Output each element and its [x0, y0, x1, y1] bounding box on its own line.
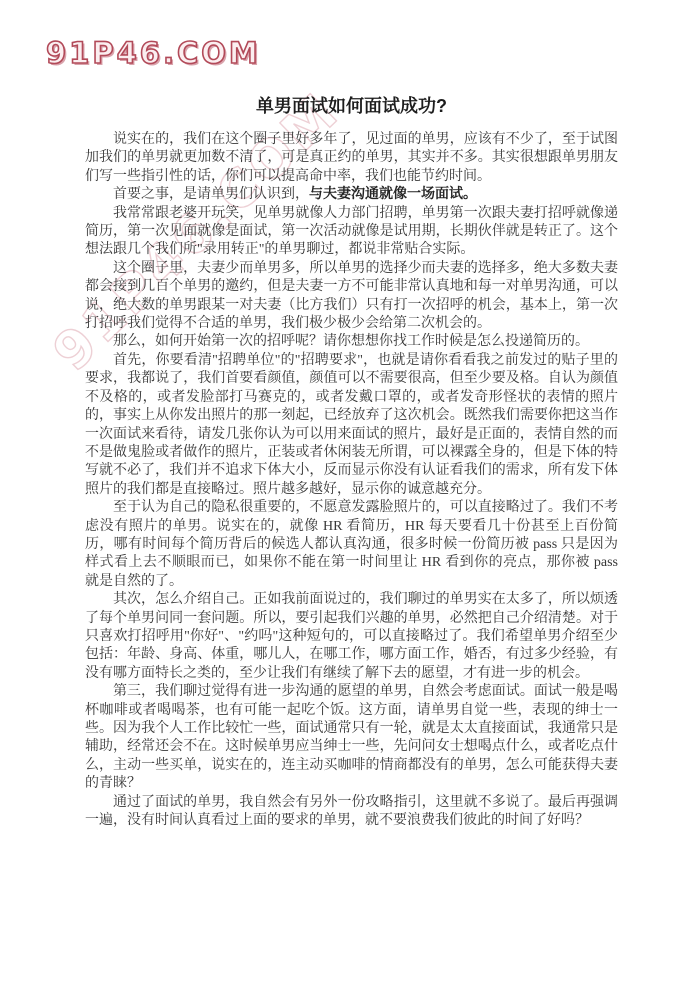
document-page: 91P46.COM 91P46.COM 单男面试如何面试成功? 说实在的，我们在…	[0, 0, 700, 991]
article-paragraph: 说实在的，我们在这个圈子里好多年了，见过面的单男，应该有不少了，至于试图加我们的…	[85, 131, 618, 186]
article: 单男面试如何面试成功? 说实在的，我们在这个圈子里好多年了，见过面的单男，应该有…	[85, 92, 618, 830]
paragraph-text: 首要之事，是请单男们认识到，	[113, 187, 309, 202]
paragraph-text: 这个圈子里，夫妻少而单男多，所以单男的选择少而夫妻的选择多，绝大多数夫妻都会接到…	[85, 261, 618, 331]
article-paragraph: 这个圈子里，夫妻少而单男多，所以单男的选择少而夫妻的选择多，绝大多数夫妻都会接到…	[85, 260, 618, 334]
paragraph-text: 那么，如何开始第一次的招呼呢？请你想想你找工作时候是怎么投递简历的。	[113, 334, 589, 349]
article-paragraph: 首先，你要看清"招聘单位"的"招聘要求"，也就是请你看看我之前发过的贴子里的要求…	[85, 352, 618, 499]
paragraph-text: 说实在的，我们在这个圈子里好多年了，见过面的单男，应该有不少了，至于试图加我们的…	[85, 132, 618, 184]
paragraph-text: 我常常跟老婆开玩笑，见单男就像人力部门招聘，单男第一次跟夫妻打招呼就像递简历，第…	[85, 206, 618, 258]
paragraph-text: 至于认为自己的隐私很重要的，不愿意发露脸照片的，可以直接略过了。我们不考虑没有照…	[85, 500, 618, 589]
paragraph-text: 其次，怎么介绍自己。正如我前面说过的，我们聊过的单男实在太多了，所以烦透了每个单…	[85, 592, 618, 681]
site-logo: 91P46.COM	[46, 36, 261, 70]
article-paragraph: 至于认为自己的隐私很重要的，不愿意发露脸照片的，可以直接略过了。我们不考虑没有照…	[85, 499, 618, 591]
article-paragraph: 通过了面试的单男，我自然会有另外一份攻略指引，这里就不多说了。最后再强调一遍，没…	[85, 794, 618, 831]
paragraph-bold-text: 与夫妻沟通就像一场面试。	[309, 187, 477, 202]
page-title: 单男面试如何面试成功?	[85, 92, 618, 118]
paragraph-text: 首先，你要看清"招聘单位"的"招聘要求"，也就是请你看看我之前发过的贴子里的要求…	[85, 353, 618, 497]
paragraph-text: 第三，我们聊过觉得有进一步沟通的愿望的单男，自然会考虑面试。面试一般是喝杯咖啡或…	[85, 684, 618, 791]
article-paragraph: 首要之事，是请单男们认识到，与夫妻沟通就像一场面试。	[85, 186, 618, 204]
paragraph-text: 通过了面试的单男，我自然会有另外一份攻略指引，这里就不多说了。最后再强调一遍，没…	[85, 795, 618, 828]
article-body: 说实在的，我们在这个圈子里好多年了，见过面的单男，应该有不少了，至于试图加我们的…	[85, 131, 618, 830]
article-paragraph: 其次，怎么介绍自己。正如我前面说过的，我们聊过的单男实在太多了，所以烦透了每个单…	[85, 591, 618, 683]
article-paragraph: 那么，如何开始第一次的招呼呢？请你想想你找工作时候是怎么投递简历的。	[85, 333, 618, 351]
article-paragraph: 第三，我们聊过觉得有进一步沟通的愿望的单男，自然会考虑面试。面试一般是喝杯咖啡或…	[85, 683, 618, 793]
article-paragraph: 我常常跟老婆开玩笑，见单男就像人力部门招聘，单男第一次跟夫妻打招呼就像递简历，第…	[85, 205, 618, 260]
